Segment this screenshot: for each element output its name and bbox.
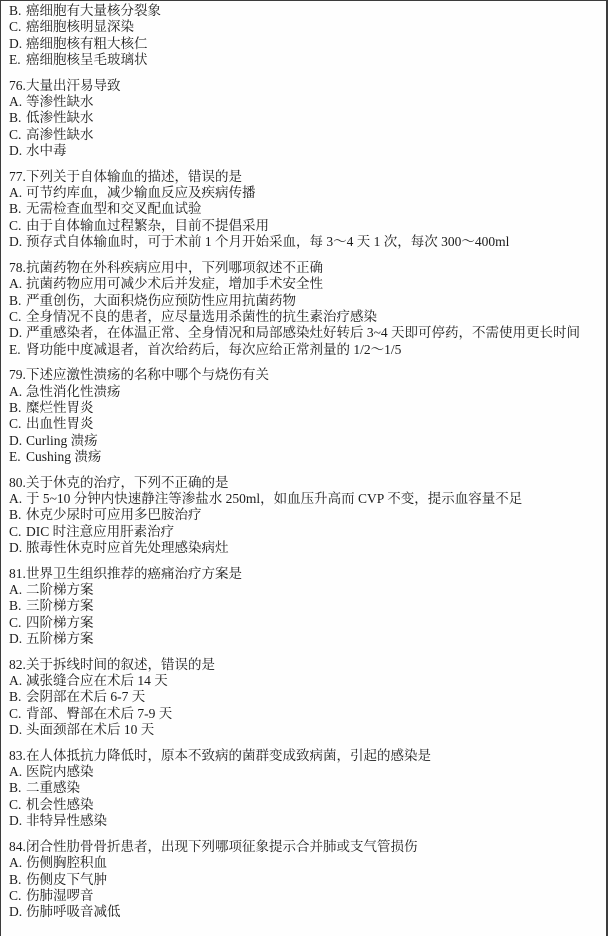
option-text: 三阶梯方案 <box>26 598 94 613</box>
option-line: D.脓毒性休克时应首先处理感染病灶 <box>9 540 602 556</box>
option-letter: D. <box>9 433 26 449</box>
option-text: 头面颈部在术后 10 天 <box>26 722 154 737</box>
option-text: 由于自体输血过程繁杂，目前不提倡采用 <box>26 218 269 233</box>
option-text: 伤侧皮下气肿 <box>26 872 107 887</box>
option-text: 全身情况不良的患者，应尽量选用杀菌性的抗生素治疗感染 <box>26 309 377 324</box>
option-line: B.严重创伤，大面积烧伤应预防性应用抗菌药物 <box>9 293 602 309</box>
option-letter: A. <box>9 94 26 110</box>
option-letter: B. <box>9 689 26 705</box>
option-line: C.出血性胃炎 <box>9 416 602 432</box>
option-line: C.DIC 时注意应用肝素治疗 <box>9 524 602 540</box>
option-text: 出血性胃炎 <box>26 416 94 431</box>
question-line: 83.在人体抵抗力降低时，原本不致病的菌群变成致病菌，引起的感染是 <box>9 748 602 764</box>
option-letter: B. <box>9 110 26 126</box>
option-text: 伤侧胸腔积血 <box>26 855 107 870</box>
option-text: 严重感染者，在体温正常、全身情况和局部感染灶好转后 3~4 天即可停药，不需使用… <box>26 325 580 340</box>
option-letter: C. <box>9 888 26 904</box>
question-text: 关于休克的治疗，下列不正确的是 <box>26 475 229 490</box>
option-letter: E. <box>9 52 26 68</box>
option-line: E.癌细胞核呈毛玻璃状 <box>9 52 602 68</box>
option-line: A.抗菌药物应用可减少术后并发症，增加手术安全性 <box>9 276 602 292</box>
question-block: 79.下述应激性溃疡的名称中哪个与烧伤有关A.急性消化性溃疡B.糜烂性胃炎C.出… <box>9 367 602 465</box>
option-text: 减张缝合应在术后 14 天 <box>26 673 168 688</box>
option-line: D.严重感染者，在体温正常、全身情况和局部感染灶好转后 3~4 天即可停药，不需… <box>9 325 602 341</box>
option-text: 于 5~10 分钟内快速静注等渗盐水 250ml，如血压升高而 CVP 不变，提… <box>26 491 522 506</box>
question-line: 81.世界卫生组织推荐的癌痛治疗方案是 <box>9 566 602 582</box>
option-letter: A. <box>9 673 26 689</box>
question-block: B.癌细胞有大量核分裂象C.癌细胞核明显深染D.癌细胞核有粗大核仁E.癌细胞核呈… <box>9 3 602 69</box>
option-text: 脓毒性休克时应首先处理感染病灶 <box>26 540 229 555</box>
question-list: B.癌细胞有大量核分裂象C.癌细胞核明显深染D.癌细胞核有粗大核仁E.癌细胞核呈… <box>9 3 602 921</box>
question-text: 关于拆线时间的叙述，错误的是 <box>26 657 215 672</box>
option-line: D.预存式自体输血时，可于术前 1 个月开始采血，每 3～4 天 1 次，每次 … <box>9 234 602 250</box>
question-text: 抗菌药物在外科疾病应用中，下列哪项叙述不正确 <box>26 260 323 275</box>
option-text: 癌细胞有大量核分裂象 <box>26 3 161 18</box>
option-letter: C. <box>9 615 26 631</box>
option-line: A.医院内感染 <box>9 764 602 780</box>
option-line: C.高渗性缺水 <box>9 127 602 143</box>
option-line: A.二阶梯方案 <box>9 582 602 598</box>
option-letter: D. <box>9 631 26 647</box>
option-line: A.急性消化性溃疡 <box>9 384 602 400</box>
option-letter: A. <box>9 764 26 780</box>
question-number: 83. <box>9 748 26 764</box>
question-text: 世界卫生组织推荐的癌痛治疗方案是 <box>26 566 242 581</box>
option-letter: B. <box>9 872 26 888</box>
option-line: B.癌细胞有大量核分裂象 <box>9 3 602 19</box>
option-letter: B. <box>9 507 26 523</box>
option-text: 抗菌药物应用可减少术后并发症，增加手术安全性 <box>26 276 323 291</box>
option-text: 等渗性缺水 <box>26 94 94 109</box>
option-letter: A. <box>9 491 26 507</box>
option-line: C.背部、臀部在术后 7-9 天 <box>9 706 602 722</box>
exam-page: B.癌细胞有大量核分裂象C.癌细胞核明显深染D.癌细胞核有粗大核仁E.癌细胞核呈… <box>1 1 606 936</box>
option-line: B.糜烂性胃炎 <box>9 400 602 416</box>
option-letter: B. <box>9 400 26 416</box>
option-text: 医院内感染 <box>26 764 94 779</box>
option-letter: D. <box>9 325 26 341</box>
option-line: C.癌细胞核明显深染 <box>9 19 602 35</box>
option-text: 五阶梯方案 <box>26 631 94 646</box>
option-line: D.非特异性感染 <box>9 813 602 829</box>
question-number: 84. <box>9 839 26 855</box>
option-letter: D. <box>9 813 26 829</box>
option-line: D.Curling 溃疡 <box>9 433 602 449</box>
option-text: 高渗性缺水 <box>26 127 94 142</box>
option-letter: D. <box>9 540 26 556</box>
question-text: 下述应激性溃疡的名称中哪个与烧伤有关 <box>26 367 269 382</box>
option-line: D.水中毒 <box>9 143 602 159</box>
option-letter: C. <box>9 218 26 234</box>
option-line: C.由于自体输血过程繁杂，目前不提倡采用 <box>9 218 602 234</box>
option-line: B.三阶梯方案 <box>9 598 602 614</box>
option-letter: B. <box>9 3 26 19</box>
option-text: 严重创伤，大面积烧伤应预防性应用抗菌药物 <box>26 293 296 308</box>
question-line: 84.闭合性肋骨骨折患者，出现下列哪项征象提示合并肺或支气管损伤 <box>9 839 602 855</box>
option-text: 伤肺湿啰音 <box>26 888 94 903</box>
option-line: B.伤侧皮下气肿 <box>9 872 602 888</box>
question-line: 80.关于休克的治疗，下列不正确的是 <box>9 475 602 491</box>
option-line: D.伤肺呼吸音减低 <box>9 904 602 920</box>
option-text: 机会性感染 <box>26 797 94 812</box>
option-line: B.无需检查血型和交叉配血试验 <box>9 201 602 217</box>
option-letter: B. <box>9 293 26 309</box>
question-line: 77.下列关于自体输血的描述，错误的是 <box>9 169 602 185</box>
option-text: 癌细胞核呈毛玻璃状 <box>26 52 148 67</box>
option-line: B.低渗性缺水 <box>9 110 602 126</box>
option-text: 水中毒 <box>26 143 67 158</box>
option-text: 无需检查血型和交叉配血试验 <box>26 201 202 216</box>
option-line: C.机会性感染 <box>9 797 602 813</box>
option-line: E.肾功能中度减退者，首次给药后，每次应给正常剂量的 1/2～1/5 <box>9 342 602 358</box>
option-text: 休克少尿时可应用多巴胺治疗 <box>26 507 202 522</box>
option-line: E.Cushing 溃疡 <box>9 449 602 465</box>
option-text: 四阶梯方案 <box>26 615 94 630</box>
option-text: 糜烂性胃炎 <box>26 400 94 415</box>
question-number: 80. <box>9 475 26 491</box>
option-text: 背部、臀部在术后 7-9 天 <box>26 706 172 721</box>
option-line: D.癌细胞核有粗大核仁 <box>9 36 602 52</box>
option-text: 预存式自体输血时，可于术前 1 个月开始采血，每 3～4 天 1 次，每次 30… <box>26 234 509 249</box>
option-line: A.伤侧胸腔积血 <box>9 855 602 871</box>
question-text: 下列关于自体输血的描述，错误的是 <box>26 169 242 184</box>
question-block: 83.在人体抵抗力降低时，原本不致病的菌群变成致病菌，引起的感染是A.医院内感染… <box>9 748 602 830</box>
option-line: B.会阴部在术后 6-7 天 <box>9 689 602 705</box>
option-text: 低渗性缺水 <box>26 110 94 125</box>
question-number: 81. <box>9 566 26 582</box>
option-letter: B. <box>9 201 26 217</box>
option-line: D.头面颈部在术后 10 天 <box>9 722 602 738</box>
option-letter: E. <box>9 342 26 358</box>
option-letter: A. <box>9 276 26 292</box>
option-line: D.五阶梯方案 <box>9 631 602 647</box>
option-letter: D. <box>9 143 26 159</box>
option-letter: D. <box>9 904 26 920</box>
question-number: 79. <box>9 367 26 383</box>
option-letter: C. <box>9 524 26 540</box>
question-block: 76.大量出汗易导致A.等渗性缺水B.低渗性缺水C.高渗性缺水D.水中毒 <box>9 78 602 160</box>
question-block: 82.关于拆线时间的叙述，错误的是A.减张缝合应在术后 14 天B.会阴部在术后… <box>9 657 602 739</box>
option-letter: C. <box>9 19 26 35</box>
option-letter: C. <box>9 309 26 325</box>
option-text: 非特异性感染 <box>26 813 107 828</box>
option-letter: A. <box>9 185 26 201</box>
option-letter: C. <box>9 797 26 813</box>
question-line: 82.关于拆线时间的叙述，错误的是 <box>9 657 602 673</box>
option-text: 可节约库血，减少输血反应及疾病传播 <box>26 185 256 200</box>
option-line: C.四阶梯方案 <box>9 615 602 631</box>
option-line: B.二重感染 <box>9 780 602 796</box>
option-text: 肾功能中度减退者，首次给药后，每次应给正常剂量的 1/2～1/5 <box>26 342 401 357</box>
option-line: A.减张缝合应在术后 14 天 <box>9 673 602 689</box>
option-letter: C. <box>9 416 26 432</box>
question-block: 80.关于休克的治疗，下列不正确的是A.于 5~10 分钟内快速静注等渗盐水 2… <box>9 475 602 557</box>
option-line: A.可节约库血，减少输血反应及疾病传播 <box>9 185 602 201</box>
option-letter: D. <box>9 234 26 250</box>
question-block: 78.抗菌药物在外科疾病应用中，下列哪项叙述不正确A.抗菌药物应用可减少术后并发… <box>9 260 602 358</box>
option-text: 伤肺呼吸音减低 <box>26 904 121 919</box>
option-letter: C. <box>9 127 26 143</box>
option-text: DIC 时注意应用肝素治疗 <box>26 524 174 539</box>
question-block: 81.世界卫生组织推荐的癌痛治疗方案是A.二阶梯方案B.三阶梯方案C.四阶梯方案… <box>9 566 602 648</box>
option-line: A.于 5~10 分钟内快速静注等渗盐水 250ml，如血压升高而 CVP 不变… <box>9 491 602 507</box>
option-letter: D. <box>9 36 26 52</box>
option-letter: B. <box>9 780 26 796</box>
option-line: C.全身情况不良的患者，应尽量选用杀菌性的抗生素治疗感染 <box>9 309 602 325</box>
option-text: 急性消化性溃疡 <box>26 384 121 399</box>
option-text: Curling 溃疡 <box>26 433 98 448</box>
question-line: 76.大量出汗易导致 <box>9 78 602 94</box>
option-letter: A. <box>9 855 26 871</box>
question-number: 82. <box>9 657 26 673</box>
question-text: 在人体抵抗力降低时，原本不致病的菌群变成致病菌，引起的感染是 <box>26 748 431 763</box>
option-letter: A. <box>9 582 26 598</box>
option-letter: E. <box>9 449 26 465</box>
option-letter: C. <box>9 706 26 722</box>
option-line: B.休克少尿时可应用多巴胺治疗 <box>9 507 602 523</box>
question-line: 78.抗菌药物在外科疾病应用中，下列哪项叙述不正确 <box>9 260 602 276</box>
question-number: 76. <box>9 78 26 94</box>
question-text: 大量出汗易导致 <box>26 78 121 93</box>
option-letter: D. <box>9 722 26 738</box>
option-line: C.伤肺湿啰音 <box>9 888 602 904</box>
option-letter: B. <box>9 598 26 614</box>
option-text: 癌细胞核有粗大核仁 <box>26 36 148 51</box>
option-text: Cushing 溃疡 <box>26 449 101 464</box>
question-text: 闭合性肋骨骨折患者，出现下列哪项征象提示合并肺或支气管损伤 <box>26 839 418 854</box>
option-line: A.等渗性缺水 <box>9 94 602 110</box>
question-block: 77.下列关于自体输血的描述，错误的是A.可节约库血，减少输血反应及疾病传播B.… <box>9 169 602 251</box>
question-number: 78. <box>9 260 26 276</box>
option-letter: A. <box>9 384 26 400</box>
option-text: 二阶梯方案 <box>26 582 94 597</box>
option-text: 二重感染 <box>26 780 80 795</box>
question-number: 77. <box>9 169 26 185</box>
option-text: 癌细胞核明显深染 <box>26 19 134 34</box>
question-block: 84.闭合性肋骨骨折患者，出现下列哪项征象提示合并肺或支气管损伤A.伤侧胸腔积血… <box>9 839 602 921</box>
option-text: 会阴部在术后 6-7 天 <box>26 689 145 704</box>
question-line: 79.下述应激性溃疡的名称中哪个与烧伤有关 <box>9 367 602 383</box>
